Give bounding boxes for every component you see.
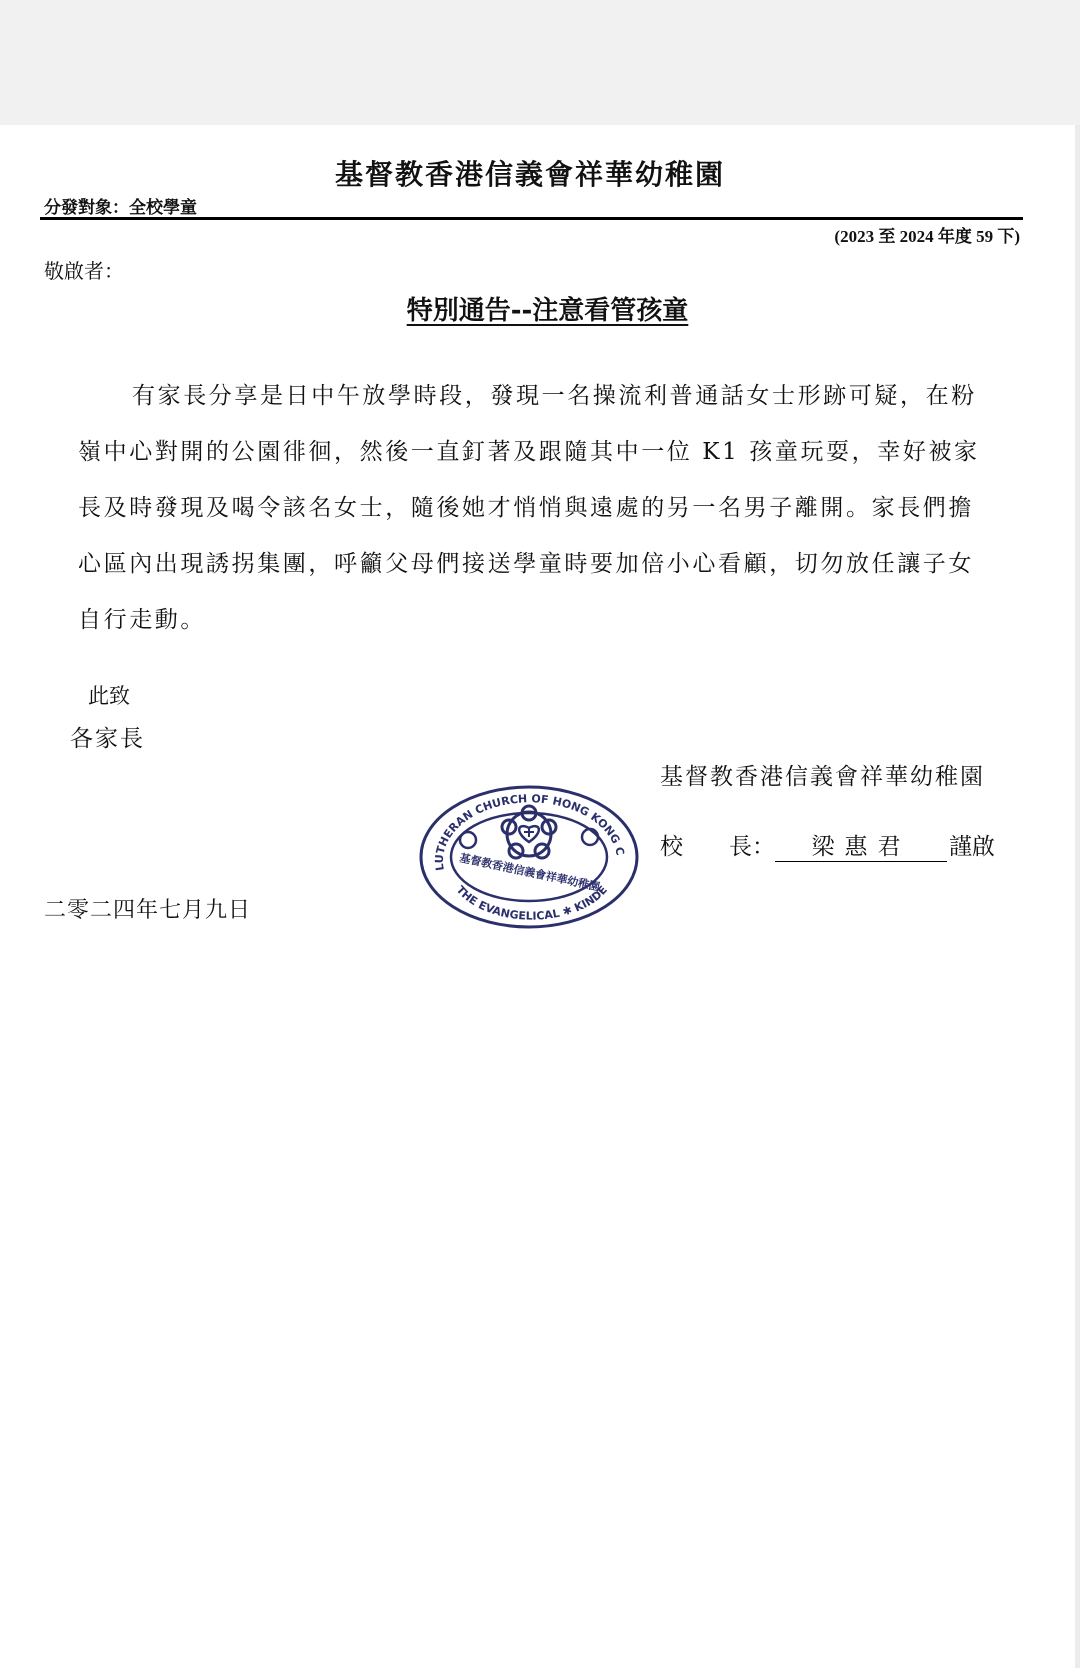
closing-addressee: 各家長 [70, 720, 145, 753]
salutation: 敬啟者： [44, 255, 124, 284]
closing-phrase: 此致 [88, 680, 130, 710]
distribution-audience: 分發對象：全校學童 [44, 193, 197, 218]
school-name-heading: 基督教香港信義會祥華幼稚園 [0, 153, 1060, 193]
page-edge [1075, 125, 1080, 1668]
header-rule [40, 217, 1023, 220]
sign-off: 謹啟 [949, 834, 995, 860]
principal-name: 梁惠君 [775, 828, 947, 862]
notice-reference-number: (2023 至 2024 年度 59 下) [834, 222, 1020, 247]
body-line: 有家長分享是日中午放學時段，發現一名操流利普通話女士形跡可疑，在粉 [78, 368, 1023, 424]
notice-page: 基督教香港信義會祥華幼稚園 分發對象：全校學童 (2023 至 2024 年度 … [0, 125, 1075, 1668]
body-line: 自行走動。 [78, 592, 1023, 648]
body-line: 心區內出現誘拐集團，呼籲父母們接送學童時要加倍小心看顧，切勿放任讓子女 [78, 536, 1023, 592]
signature-line: 校 長：梁惠君謹啟 [660, 828, 995, 862]
body-line: 長及時發現及喝令該名女士，隨後她才悄悄與遠處的另一名男子離開。家長們擔 [78, 480, 1023, 536]
principal-title-label: 校 長： [660, 834, 775, 860]
signature-organization: 基督教香港信義會祥華幼稚園 [660, 758, 985, 791]
notice-title: 特別通告--注意看管孩童 [0, 290, 1080, 327]
notice-body: 有家長分享是日中午放學時段，發現一名操流利普通話女士形跡可疑，在粉 嶺中心對開的… [78, 368, 1023, 648]
seal-icon: LUTHERAN CHURCH OF HONG KONG CHEUNG THE … [416, 782, 642, 932]
body-line: 嶺中心對開的公園徘徊，然後一直釘著及跟隨其中一位 K1 孩童玩耍，幸好被家 [78, 424, 1023, 480]
school-seal-stamp: LUTHERAN CHURCH OF HONG KONG CHEUNG THE … [416, 782, 642, 932]
notice-date: 二零二四年七月九日 [44, 893, 251, 924]
